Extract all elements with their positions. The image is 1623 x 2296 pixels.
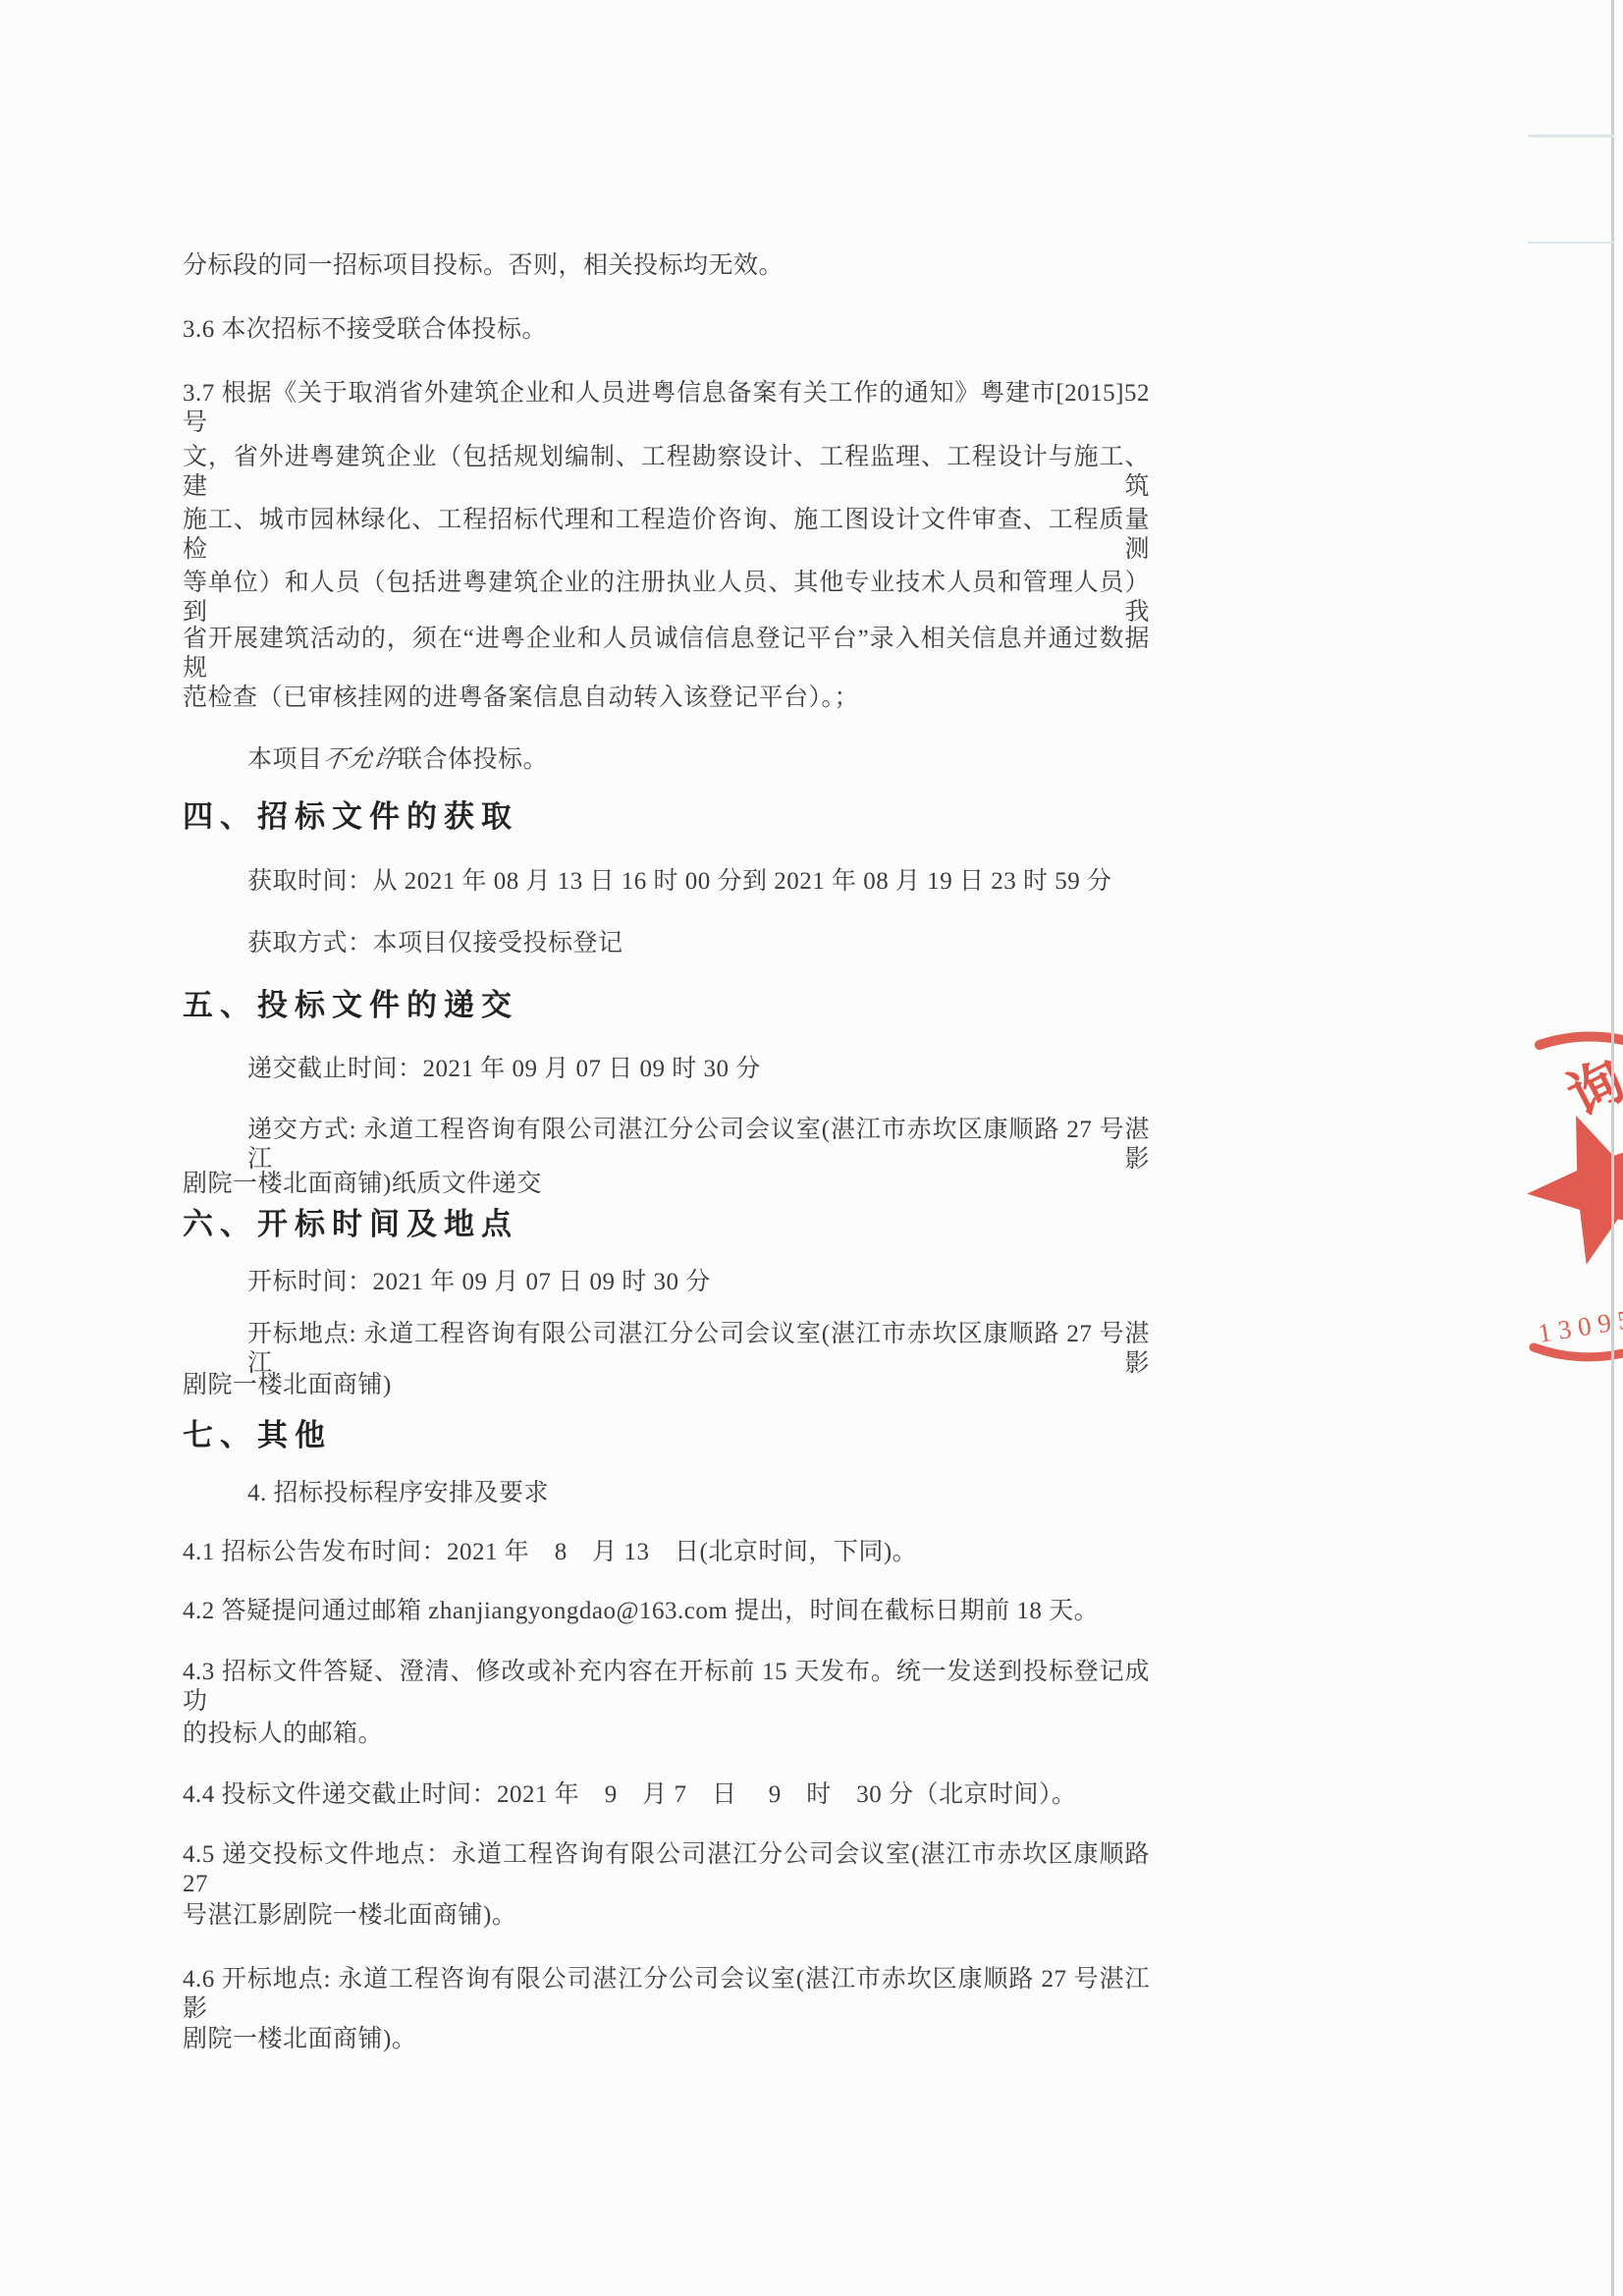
text-line: 等单位）和人员（包括进粤建筑企业的注册执业人员、其他专业技术人员和管理人员）到我 <box>183 569 1150 628</box>
company-seal-stamp: 询 13095 <box>1424 997 1623 1390</box>
text-line: 分标段的同一招标项目投标。否则，相关投标均无效。 <box>183 251 784 281</box>
text-line: 4.1 招标公告发布时间：2021 年 8 月 13 日(北京时间，下同)。 <box>183 1538 917 1567</box>
text-line: 施工、城市园林绿化、工程招标代理和工程造价咨询、施工图设计文件审查、工程质量检测 <box>183 506 1150 565</box>
text-line: 获取时间：从 2021 年 08 月 13 日 16 时 00 分到 2021 … <box>247 867 1112 897</box>
document-page: 分标段的同一招标项目投标。否则，相关投标均无效。3.6 本次招标不接受联合体投标… <box>0 0 1623 2296</box>
text-segment: 剧院一楼北面商铺) <box>183 1372 392 1398</box>
text-segment: 4.4 投标文件递交截止时间：2021 年 9 月 7 日 9 时 30 分（北… <box>183 1781 1077 1808</box>
text-segment: 剧院一楼北面商铺)。 <box>183 2026 416 2052</box>
text-segment: 等单位）和人员（包括进粤建筑企业的注册执业人员、其他专业技术人员和管理人员）到我 <box>183 570 1150 626</box>
section-heading: 六、开标时间及地点 <box>183 1207 518 1242</box>
seal-serial: 13095 <box>1536 1303 1623 1348</box>
text-line: 本项目不允许联合体投标。 <box>247 745 548 775</box>
text-segment: 获取时间：从 2021 年 08 月 13 日 16 时 00 分到 2021 … <box>247 868 1112 895</box>
text-line: 4.4 投标文件递交截止时间：2021 年 9 月 7 日 9 时 30 分（北… <box>183 1780 1077 1810</box>
text-line: 文，省外进粤建筑企业（包括规划编制、工程勘察设计、工程监理、工程设计与施工、建筑 <box>183 443 1150 502</box>
text-segment: 五、投标文件的递交 <box>183 988 518 1022</box>
page-edge-tick <box>1528 135 1614 137</box>
text-segment: 不允许 <box>320 745 400 775</box>
text-segment: 的投标人的邮箱。 <box>183 1721 383 1747</box>
text-line: 4.2 答疑提问通过邮箱 zhanjiangyongdao@163.com 提出… <box>183 1597 1099 1626</box>
section-heading: 四、招标文件的获取 <box>183 799 518 835</box>
text-segment: 范检查（已审核挂网的进粤备案信息自动转入该登记平台）。； <box>183 684 859 711</box>
text-segment: 获取方式：本项目仅接受投标登记 <box>247 930 623 957</box>
text-line: 4.6 开标地点: 永道工程咨询有限公司湛江分公司会议室(湛江市赤坎区康顺路 2… <box>183 1965 1150 2024</box>
text-line: 4.5 递交投标文件地点：永道工程咨询有限公司湛江分公司会议室(湛江市赤坎区康顺… <box>183 1840 1150 1899</box>
text-segment: 3.6 本次招标不接受联合体投标。 <box>183 316 547 343</box>
page-edge-line <box>1611 0 1614 2296</box>
text-line: 递交截止时间：2021 年 09 月 07 日 09 时 30 分 <box>247 1055 761 1084</box>
text-segment: 4. 招标投标程序安排及要求 <box>247 1480 549 1506</box>
text-segment: 六、开标时间及地点 <box>183 1207 518 1241</box>
text-segment: 剧院一楼北面商铺)纸质文件递交 <box>183 1171 542 1197</box>
text-line: 剧院一楼北面商铺) <box>183 1371 392 1400</box>
text-line: 4.3 招标文件答疑、澄清、修改或补充内容在开标前 15 天发布。统一发送到投标… <box>183 1658 1150 1717</box>
seal-border-bottom-arc <box>1534 1347 1623 1357</box>
text-line: 3.6 本次招标不接受联合体投标。 <box>183 315 547 345</box>
section-heading: 五、投标文件的递交 <box>183 988 518 1023</box>
text-line: 开标时间：2021 年 09 月 07 日 09 时 30 分 <box>247 1268 711 1297</box>
text-line: 剧院一楼北面商铺)纸质文件递交 <box>183 1170 542 1199</box>
text-segment: 递交截止时间：2021 年 09 月 07 日 09 时 30 分 <box>247 1056 761 1082</box>
text-segment: 分标段的同一招标项目投标。否则，相关投标均无效。 <box>183 252 784 279</box>
text-segment: 文，省外进粤建筑企业（包括规划编制、工程勘察设计、工程监理、工程设计与施工、建筑 <box>183 444 1150 500</box>
document-body: 分标段的同一招标项目投标。否则，相关投标均无效。3.6 本次招标不接受联合体投标… <box>183 0 1150 2296</box>
text-line: 的投标人的邮箱。 <box>183 1720 383 1749</box>
text-segment: 开标时间：2021 年 09 月 07 日 09 时 30 分 <box>247 1269 711 1295</box>
text-line: 4. 招标投标程序安排及要求 <box>247 1479 549 1508</box>
text-segment: 省开展建筑活动的，须在“进粤企业和人员诚信信息登记平台”录入相关信息并通过数据规 <box>183 626 1150 682</box>
text-line: 3.7 根据《关于取消省外建筑企业和人员进粤信息备案有关工作的通知》粤建市[20… <box>183 379 1150 438</box>
text-segment: 四、招标文件的获取 <box>183 799 518 834</box>
text-segment: 递交方式: 永道工程咨询有限公司湛江分公司会议室(湛江市赤坎区康顺路 27 号湛… <box>247 1117 1150 1173</box>
text-line: 范检查（已审核挂网的进粤备案信息自动转入该登记平台）。； <box>183 683 859 713</box>
text-line: 省开展建筑活动的，须在“进粤企业和人员诚信信息登记平台”录入相关信息并通过数据规 <box>183 625 1150 683</box>
section-heading: 七、其他 <box>183 1418 332 1453</box>
text-segment: 开标地点: 永道工程咨询有限公司湛江分公司会议室(湛江市赤坎区康顺路 27 号湛… <box>247 1321 1150 1377</box>
text-segment: 施工、城市园林绿化、工程招标代理和工程造价咨询、施工图设计文件审查、工程质量检测 <box>183 507 1150 563</box>
text-line: 开标地点: 永道工程咨询有限公司湛江分公司会议室(湛江市赤坎区康顺路 27 号湛… <box>247 1320 1150 1379</box>
text-line: 号湛江影剧院一楼北面商铺)。 <box>183 1901 516 1931</box>
text-line: 剧院一楼北面商铺)。 <box>183 2025 416 2054</box>
text-line: 递交方式: 永道工程咨询有限公司湛江分公司会议室(湛江市赤坎区康顺路 27 号湛… <box>247 1116 1150 1175</box>
text-line: 获取方式：本项目仅接受投标登记 <box>247 929 623 958</box>
text-segment: 4.5 递交投标文件地点：永道工程咨询有限公司湛江分公司会议室(湛江市赤坎区康顺… <box>183 1841 1150 1897</box>
text-segment: 联合体投标。 <box>398 746 548 773</box>
text-segment: 4.1 招标公告发布时间：2021 年 8 月 13 日(北京时间，下同)。 <box>183 1539 917 1565</box>
text-segment: 4.3 招标文件答疑、澄清、修改或补充内容在开标前 15 天发布。统一发送到投标… <box>183 1659 1150 1715</box>
text-segment: 4.2 答疑提问通过邮箱 zhanjiangyongdao@163.com 提出… <box>183 1598 1099 1624</box>
text-segment: 七、其他 <box>183 1418 332 1452</box>
text-segment: 号湛江影剧院一楼北面商铺)。 <box>183 1902 516 1929</box>
text-segment: 3.7 根据《关于取消省外建筑企业和人员进粤信息备案有关工作的通知》粤建市[20… <box>183 380 1150 436</box>
text-segment: 4.6 开标地点: 永道工程咨询有限公司湛江分公司会议室(湛江市赤坎区康顺路 2… <box>183 1966 1150 2022</box>
page-edge-tick <box>1528 242 1614 244</box>
text-segment: 本项目 <box>247 746 323 773</box>
